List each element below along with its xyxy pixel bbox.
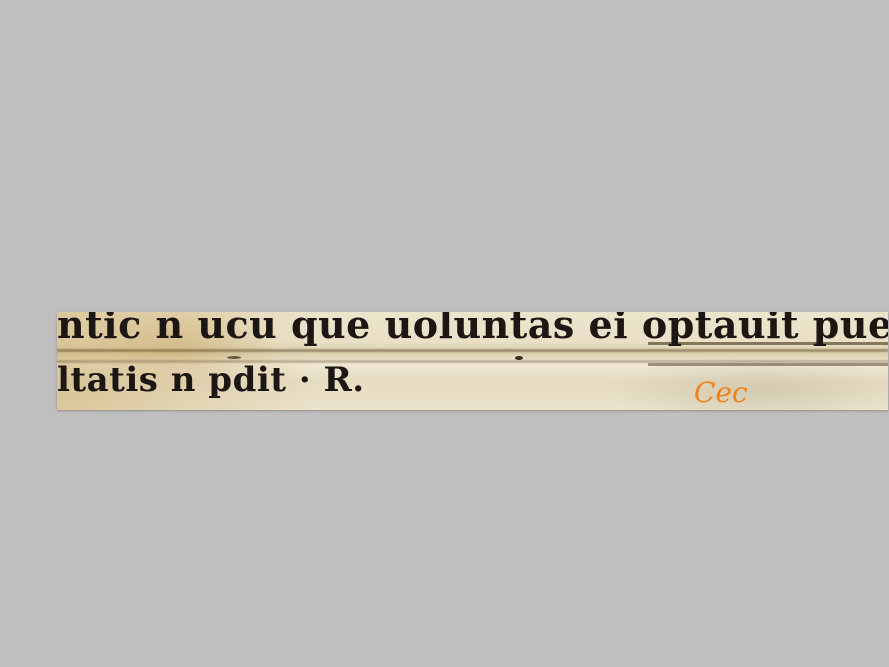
parchment-strip: ntic n ucu que uoluntas ei optauit puen … — [57, 312, 888, 410]
manuscript-text-line-top: ntic n ucu que uoluntas ei optauit puen — [57, 312, 888, 347]
parchment-hole — [515, 356, 523, 360]
parchment-hole — [227, 356, 241, 359]
red-rubric-text: Cec — [694, 376, 748, 409]
manuscript-text-line-bottom: ltatis n pdit · R. — [57, 360, 365, 400]
